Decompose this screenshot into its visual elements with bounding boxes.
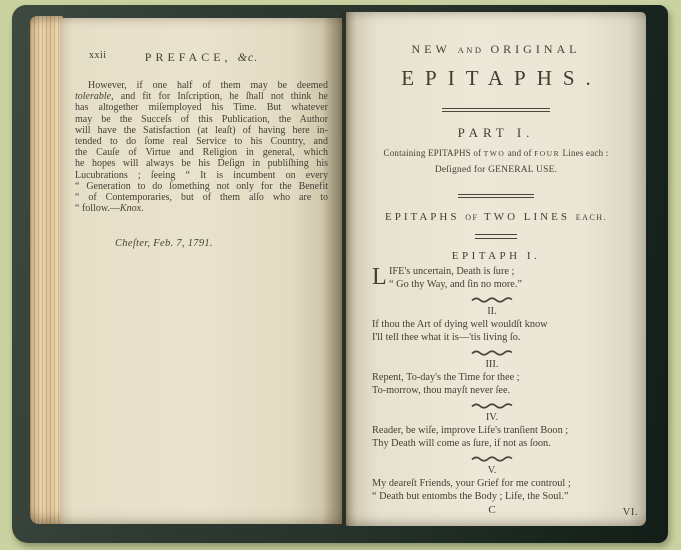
running-header: xxii PREFACE, &c. xyxy=(75,48,328,64)
photo-background: xxii PREFACE, &c. However, if one half o… xyxy=(0,0,681,550)
verse-line: To-morrow, thou mayſt never ſee. xyxy=(372,384,612,397)
book-title: EPITAPHS. xyxy=(346,66,646,91)
containing-line: Containing EPITAPHS of TWO and of FOUR L… xyxy=(346,148,646,158)
paragraph-line: “ follow.—Knox. xyxy=(75,203,328,214)
section-heading: EPITAPHS OF TWO LINES EACH. xyxy=(346,211,646,223)
designed-line: Deſigned for GENERAL USE. xyxy=(346,165,646,175)
paragraph-line: he hopes will always be his Deſign in pu… xyxy=(75,158,328,169)
catchword: VI. xyxy=(623,507,638,518)
preface-heading: PREFACE, xyxy=(145,50,232,64)
squiggle-ornament xyxy=(471,455,513,462)
verse-line: “ Go thy Way, and ſin no more.” xyxy=(389,278,612,291)
page-edges-stack xyxy=(30,16,63,524)
left-page-content: xxii PREFACE, &c. However, if one half o… xyxy=(60,18,342,249)
right-page: NEW AND ORIGINAL EPITAPHS. PART I. Conta… xyxy=(346,12,646,526)
paragraph-line: “ Generation to do ſomething not only fo… xyxy=(75,181,328,192)
drop-cap: L xyxy=(372,266,387,288)
paragraph-line: “ of Contemporaries, but of them alſo wh… xyxy=(75,192,328,203)
paragraph-line: tended to do ſome real Service to his Co… xyxy=(75,136,328,147)
verse-line: My deareſt Friends, your Grief for me co… xyxy=(372,477,612,490)
verse-line: Reader, be wiſe, improve Life's tranſien… xyxy=(372,424,612,437)
epitaph-5-number: V. xyxy=(372,464,612,477)
squiggle-ornament xyxy=(471,296,513,303)
verse-column: L IFE's uncertain, Death is ſure ; “ Go … xyxy=(372,265,612,503)
verse-line: If thou the Art of dying well wouldſt kn… xyxy=(372,318,612,331)
smallcaps-of: OF xyxy=(465,213,478,222)
epitaph-3-number: III. xyxy=(372,358,612,371)
smallcaps-two: TWO xyxy=(484,149,506,158)
right-page-content: NEW AND ORIGINAL EPITAPHS. PART I. Conta… xyxy=(346,12,646,520)
paragraph-line: Lucubrations ; ſeeing “ It is incumbent … xyxy=(75,170,328,181)
series-and: AND xyxy=(458,45,484,55)
paragraph-line: will have the Satisfaction (at leaſt) of… xyxy=(75,125,328,136)
squiggle-ornament xyxy=(471,402,513,409)
double-rule xyxy=(475,234,517,238)
verse-line: Repent, To-day's the Time for thee ; xyxy=(372,371,612,384)
epitaph-1: L IFE's uncertain, Death is ſure ; “ Go … xyxy=(372,265,612,291)
left-page: xxii PREFACE, &c. However, if one half o… xyxy=(60,18,342,524)
verse-line: Thy Death will come as ſure, if not as ſ… xyxy=(372,437,612,450)
epitaph-4-number: IV. xyxy=(372,411,612,424)
squiggle-ornament xyxy=(471,349,513,356)
page-number: xxii xyxy=(89,50,107,61)
double-rule xyxy=(442,108,550,112)
smallcaps-four: FOUR xyxy=(534,149,560,158)
verse-line: I'll tell thee what it is—'tis living ſo… xyxy=(372,331,612,344)
double-rule xyxy=(458,194,534,198)
preface-heading-etc: &c. xyxy=(238,50,259,64)
paragraph-line: However, if one half of them may be deem… xyxy=(75,80,328,91)
paragraph-line: tolerable, and fit for Inſcription, he ſ… xyxy=(75,91,328,102)
paragraph-line: has altogether miſemployed his Time. But… xyxy=(75,102,328,113)
paragraph-line: may be the Succeſs of this Publication, … xyxy=(75,114,328,125)
paragraph-line: the Cauſe of Virtue and Religion in gene… xyxy=(75,147,328,158)
page-footer: C VI. xyxy=(372,504,612,520)
smallcaps-each: EACH. xyxy=(576,213,607,222)
italic-word: tolerable xyxy=(75,91,111,102)
signature-mark: C xyxy=(372,504,612,516)
part-heading: PART I. xyxy=(346,125,646,141)
verse-line: IFE's uncertain, Death is ſure ; xyxy=(389,265,612,278)
series-line: NEW AND ORIGINAL xyxy=(346,42,646,57)
preface-paragraph: However, if one half of them may be deem… xyxy=(75,80,328,214)
verse-line: “ Death but entombs the Body ; Life, the… xyxy=(372,490,612,503)
dateline: Cheſter, Feb. 7, 1791. xyxy=(115,238,328,249)
italic-word: Knox xyxy=(120,203,141,214)
epitaph-1-heading: EPITAPH I. xyxy=(346,250,646,262)
epitaph-2-number: II. xyxy=(372,305,612,318)
